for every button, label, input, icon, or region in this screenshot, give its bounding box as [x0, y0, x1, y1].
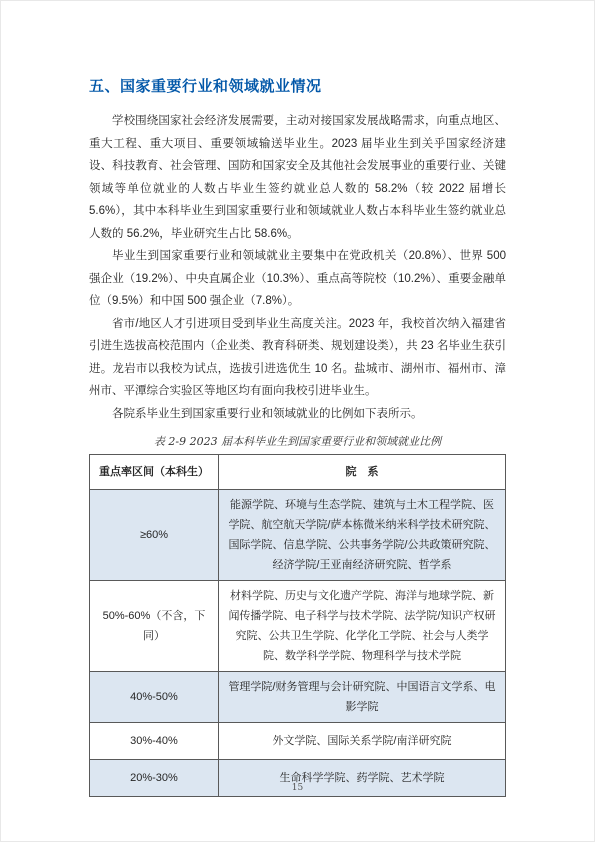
paragraph-talent-introduction: 省市/地区人才引进项目受到毕业生高度关注。2023 年，我校首次纳入福建省引进生… — [89, 313, 506, 403]
table-row: 30%-40% 外文学院、国际关系学院/南洋研究院 — [90, 723, 506, 760]
departments-cell: 能源学院、环境与生态学院、建筑与土木工程学院、医学院、航空航天学院/萨本栋微米纳… — [218, 490, 505, 581]
table-caption: 表 2-9 2023 届本科毕业生到国家重要行业和领域就业比例 — [89, 433, 506, 449]
document-page: 五、国家重要行业和领域就业情况 学校围绕国家社会经济发展需要，主动对接国家发展战… — [0, 0, 595, 842]
page-number: 15 — [1, 783, 594, 793]
table-header-row: 重点率区间（本科生） 院 系 — [90, 455, 506, 490]
header-departments-column: 院 系 — [218, 455, 505, 490]
table-row: 50%-60%（不含，下同） 材料学院、历史与文化遗产学院、海洋与地球学院、新闻… — [90, 581, 506, 672]
paragraph-overview: 学校围绕国家社会经济发展需要，主动对接国家发展战略需求，向重点地区、重大工程、重… — [89, 110, 506, 245]
paragraph-employment-distribution: 毕业生到国家重要行业和领域就业主要集中在党政机关（20.8%）、世界 500 强… — [89, 245, 506, 313]
departments-cell: 管理学院/财务管理与会计研究院、中国语言文学系、电影学院 — [218, 672, 505, 723]
table-row: ≥60% 能源学院、环境与生态学院、建筑与土木工程学院、医学院、航空航天学院/萨… — [90, 490, 506, 581]
page-content: 五、国家重要行业和领域就业情况 学校围绕国家社会经济发展需要，主动对接国家发展战… — [89, 75, 506, 797]
range-cell: 40%-50% — [90, 672, 219, 723]
range-cell: ≥60% — [90, 490, 219, 581]
range-cell: 30%-40% — [90, 723, 219, 760]
section-heading: 五、国家重要行业和领域就业情况 — [89, 75, 506, 96]
range-cell: 50%-60%（不含，下同） — [90, 581, 219, 672]
table-row: 40%-50% 管理学院/财务管理与会计研究院、中国语言文学系、电影学院 — [90, 672, 506, 723]
departments-cell: 外文学院、国际关系学院/南洋研究院 — [218, 723, 505, 760]
departments-cell: 材料学院、历史与文化遗产学院、海洋与地球学院、新闻传播学院、电子科学与技术学院、… — [218, 581, 505, 672]
employment-ratio-table: 重点率区间（本科生） 院 系 ≥60% 能源学院、环境与生态学院、建筑与土木工程… — [89, 454, 506, 797]
header-range-column: 重点率区间（本科生） — [90, 455, 219, 490]
paragraph-table-intro: 各院系毕业生到国家重要行业和领域就业的比例如下表所示。 — [89, 403, 506, 426]
